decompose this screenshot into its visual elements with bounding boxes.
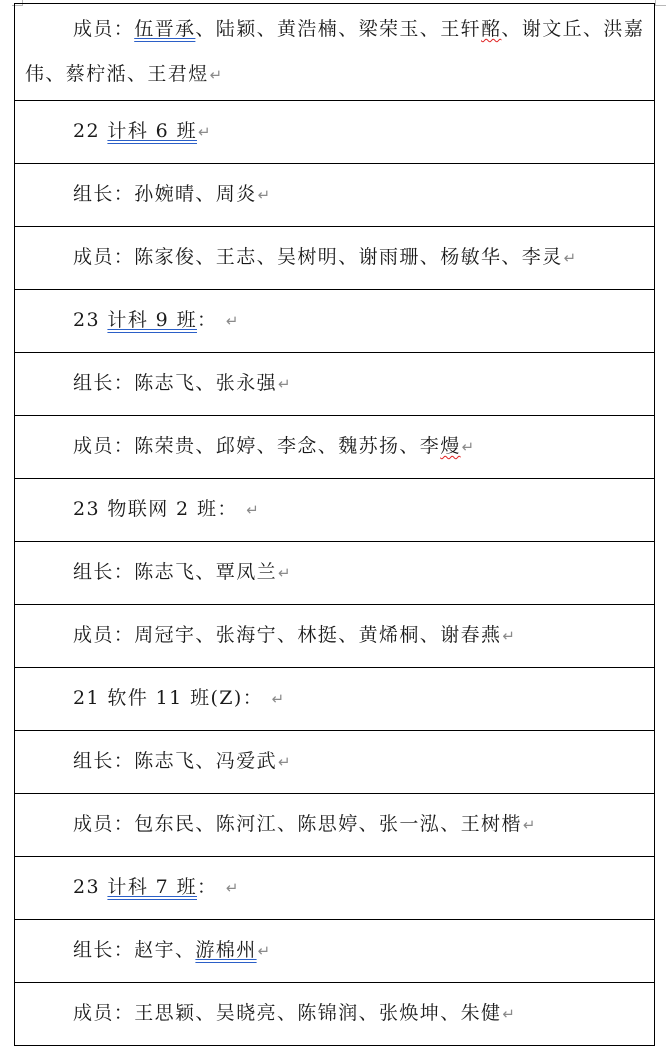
text-run: ： (197, 876, 217, 898)
text-run: 、陆颖、黄浩楠、梁荣玉、王轩 (195, 18, 481, 40)
text-run: 组长：陈志飞、冯爱武 (73, 750, 277, 772)
table-cell[interactable]: 组长：赵宇、游棉州↵ (15, 920, 655, 983)
table-row-members: 成员：陈家俊、王志、吴树明、谢雨珊、杨敏华、李灵↵ (15, 227, 655, 290)
table-cell[interactable]: 组长：陈志飞、覃凤兰↵ (15, 542, 655, 605)
text-run: 组长：陈志飞、张永强 (73, 372, 277, 394)
paragraph-mark-icon: ↵ (278, 564, 291, 582)
text-run: 22 (73, 120, 107, 142)
paragraph-mark-icon: ↵ (226, 312, 239, 330)
table-cell[interactable]: 23 计科 7 班： ↵ (15, 857, 655, 920)
paragraph-mark-icon: ↵ (258, 186, 271, 204)
table-body: 成员：伍晋承、陆颖、黄浩楠、梁荣玉、王轩酩、谢文丘、洪嘉伟、蔡柠湉、王君煜↵ 2… (15, 4, 655, 1046)
table-row-leaders: 组长：陈志飞、冯爱武↵ (15, 731, 655, 794)
paragraph: 组长：陈志飞、冯爱武↵ (25, 731, 654, 793)
paragraph-mark-icon: ↵ (523, 816, 536, 834)
text-run: 组长：赵宇、 (73, 939, 195, 961)
paragraph: 23 计科 7 班： ↵ (25, 857, 654, 919)
text-run: 成员：陈家俊、王志、吴树明、谢雨珊、杨敏华、李灵 (73, 246, 563, 268)
paragraph: 组长：赵宇、游棉州↵ (25, 920, 654, 982)
spelling-flagged-text: 熳 (440, 435, 460, 457)
paragraph-mark-icon: ↵ (278, 753, 291, 771)
page-corner-mark-top-right (655, 0, 666, 6)
table-cell[interactable]: 成员：王思颖、吴晓亮、陈锦润、张焕坤、朱健↵ (15, 983, 655, 1046)
table-row-leaders: 组长：陈志飞、覃凤兰↵ (15, 542, 655, 605)
table-cell[interactable]: 成员：陈荣贵、邱婷、李念、魏苏扬、李熳↵ (15, 416, 655, 479)
text-run: 23 (73, 876, 107, 898)
group-roster-table: 成员：伍晋承、陆颖、黄浩楠、梁荣玉、王轩酩、谢文丘、洪嘉伟、蔡柠湉、王君煜↵ 2… (14, 3, 655, 1046)
paragraph: 成员：陈家俊、王志、吴树明、谢雨珊、杨敏华、李灵↵ (25, 227, 654, 289)
table-row-members: 成员：王思颖、吴晓亮、陈锦润、张焕坤、朱健↵ (15, 983, 655, 1046)
table-cell[interactable]: 成员：陈家俊、王志、吴树明、谢雨珊、杨敏华、李灵↵ (15, 227, 655, 290)
members-label: 成员： (73, 18, 134, 40)
text-run: 成员：陈荣贵、邱婷、李念、魏苏扬、李 (73, 435, 440, 457)
table-row-leaders: 组长：陈志飞、张永强↵ (15, 353, 655, 416)
paragraph: 23 计科 9 班： ↵ (25, 290, 654, 352)
table-cell[interactable]: 成员：周冠宇、张海宁、林挺、黄烯桐、谢春燕↵ (15, 605, 655, 668)
table-cell[interactable]: 23 计科 9 班： ↵ (15, 290, 655, 353)
paragraph: 成员：包东民、陈河江、陈思婷、张一泓、王树楷↵ (25, 794, 654, 856)
table-cell[interactable]: 23 物联网 2 班： ↵ (15, 479, 655, 542)
text-run: 成员：包东民、陈河江、陈思婷、张一泓、王树楷 (73, 813, 522, 835)
grammar-flagged-text: 计科 9 班 (107, 309, 197, 331)
paragraph: 成员：王思颖、吴晓亮、陈锦润、张焕坤、朱健↵ (25, 983, 654, 1045)
spelling-flagged-text: 酩 (481, 18, 501, 40)
table-cell[interactable]: 组长：陈志飞、冯爱武↵ (15, 731, 655, 794)
text-run: 23 (73, 309, 107, 331)
text-run: 23 物联网 2 班： (73, 498, 238, 520)
table-row-class: 23 计科 7 班： ↵ (15, 857, 655, 920)
table-row-members: 成员：陈荣贵、邱婷、李念、魏苏扬、李熳↵ (15, 416, 655, 479)
paragraph: 22 计科 6 班↵ (25, 101, 654, 163)
paragraph: 23 物联网 2 班： ↵ (25, 479, 654, 541)
table-row-members: 成员：包东民、陈河江、陈思婷、张一泓、王树楷↵ (15, 794, 655, 857)
table-row-leaders: 组长：赵宇、游棉州↵ (15, 920, 655, 983)
paragraph-mark-icon: ↵ (502, 627, 515, 645)
table-row-class: 21 软件 11 班(Z)： ↵ (15, 668, 655, 731)
text-run: 组长：陈志飞、覃凤兰 (73, 561, 277, 583)
table-row-members: 成员：伍晋承、陆颖、黄浩楠、梁荣玉、王轩酩、谢文丘、洪嘉伟、蔡柠湉、王君煜↵ (15, 4, 655, 101)
table-cell[interactable]: 成员：伍晋承、陆颖、黄浩楠、梁荣玉、王轩酩、谢文丘、洪嘉伟、蔡柠湉、王君煜↵ (15, 4, 655, 101)
table-row-leaders: 组长：孙婉晴、周炎↵ (15, 164, 655, 227)
table-cell[interactable]: 成员：包东民、陈河江、陈思婷、张一泓、王树楷↵ (15, 794, 655, 857)
text-run: 成员：王思颖、吴晓亮、陈锦润、张焕坤、朱健 (73, 1002, 501, 1024)
paragraph: 成员：伍晋承、陆颖、黄浩楠、梁荣玉、王轩酩、谢文丘、洪嘉伟、蔡柠湉、王君煜↵ (15, 4, 654, 100)
table-cell[interactable]: 组长：孙婉晴、周炎↵ (15, 164, 655, 227)
paragraph: 成员：周冠宇、张海宁、林挺、黄烯桐、谢春燕↵ (25, 605, 654, 667)
grammar-flagged-text: 计科 7 班 (107, 876, 197, 898)
table-cell[interactable]: 22 计科 6 班↵ (15, 101, 655, 164)
text-run: 成员：周冠宇、张海宁、林挺、黄烯桐、谢春燕 (73, 624, 501, 646)
paragraph-mark-icon: ↵ (564, 249, 577, 267)
grammar-flagged-text: 伍晋承 (134, 18, 195, 40)
table-row-members: 成员：周冠宇、张海宁、林挺、黄烯桐、谢春燕↵ (15, 605, 655, 668)
paragraph: 21 软件 11 班(Z)： ↵ (25, 668, 654, 730)
paragraph-mark-icon: ↵ (462, 438, 475, 456)
paragraph-mark-icon: ↵ (198, 123, 211, 141)
table-cell[interactable]: 组长：陈志飞、张永强↵ (15, 353, 655, 416)
paragraph: 组长：孙婉晴、周炎↵ (25, 164, 654, 226)
paragraph-mark-icon: ↵ (278, 375, 291, 393)
paragraph-mark-icon: ↵ (246, 501, 259, 519)
table-row-class: 22 计科 6 班↵ (15, 101, 655, 164)
paragraph-mark-icon: ↵ (258, 942, 271, 960)
paragraph-mark-icon: ↵ (502, 1005, 515, 1023)
table-row-class: 23 物联网 2 班： ↵ (15, 479, 655, 542)
grammar-flagged-text: 游棉州 (195, 939, 256, 961)
text-run: 21 软件 11 班(Z)： (73, 687, 263, 709)
paragraph: 成员：陈荣贵、邱婷、李念、魏苏扬、李熳↵ (25, 416, 654, 478)
paragraph: 组长：陈志飞、张永强↵ (25, 353, 654, 415)
paragraph-mark-icon: ↵ (226, 879, 239, 897)
table-cell[interactable]: 21 软件 11 班(Z)： ↵ (15, 668, 655, 731)
paragraph-mark-icon: ↵ (210, 66, 223, 84)
paragraph: 组长：陈志飞、覃凤兰↵ (25, 542, 654, 604)
paragraph-mark-icon: ↵ (272, 690, 285, 708)
text-run: ： (197, 309, 217, 331)
text-run: 组长：孙婉晴、周炎 (73, 183, 257, 205)
grammar-flagged-text: 计科 6 班 (107, 120, 197, 142)
table-row-class: 23 计科 9 班： ↵ (15, 290, 655, 353)
